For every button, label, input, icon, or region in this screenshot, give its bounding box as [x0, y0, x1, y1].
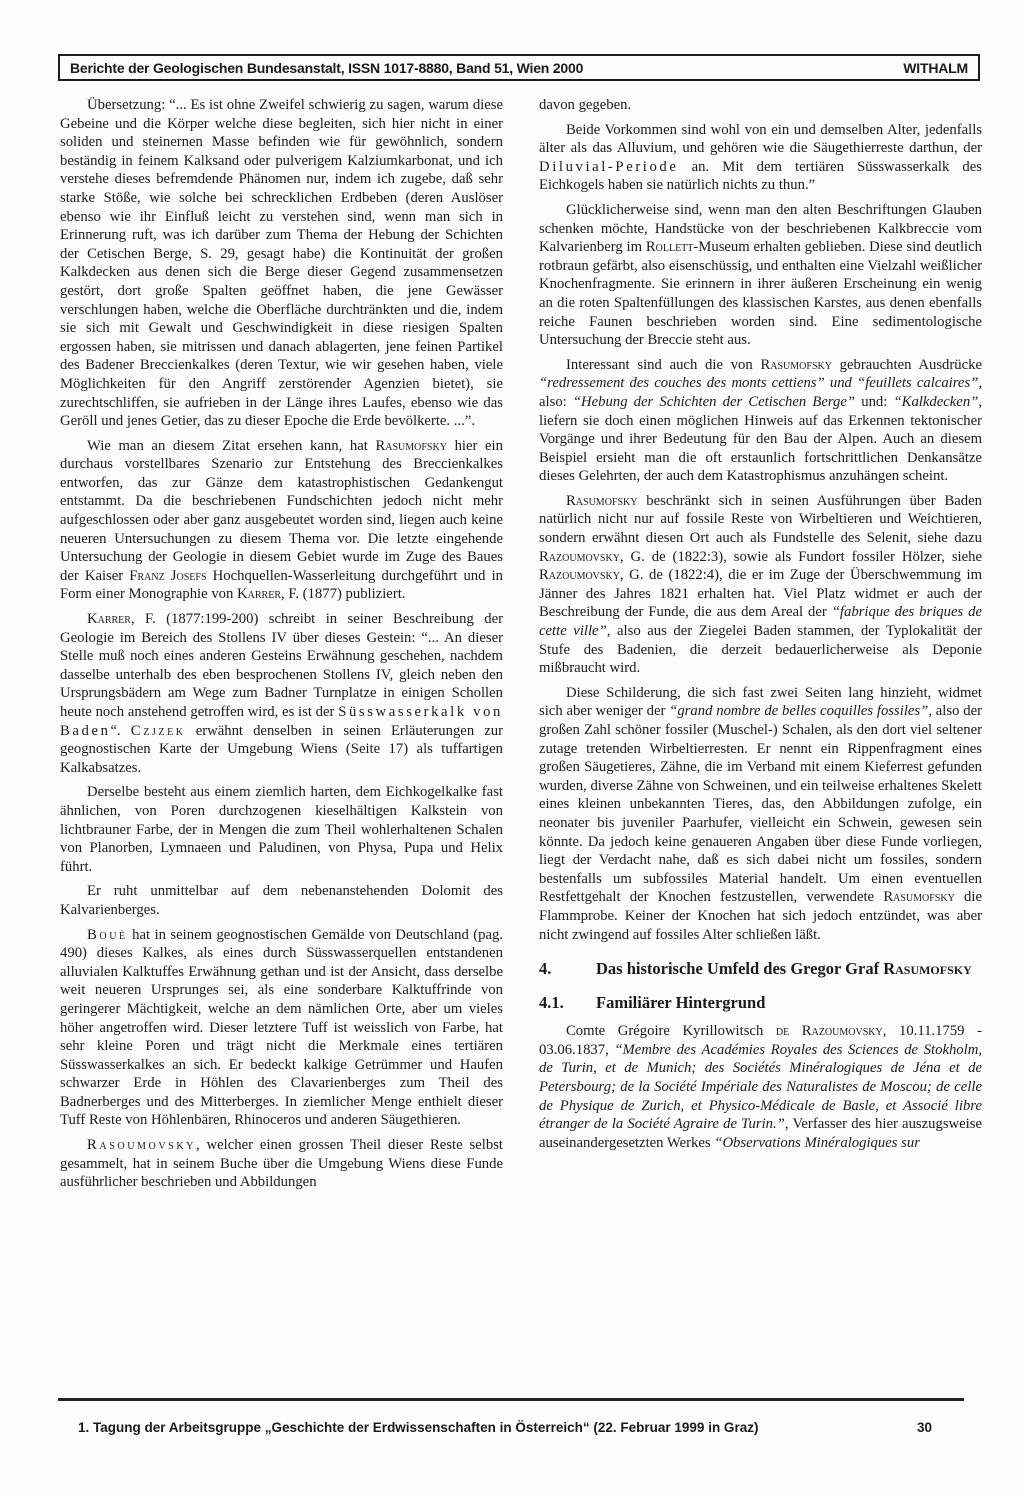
text-run: Interessant sind auch die von — [566, 357, 760, 373]
text-run: hier ein durchaus vorstellbares Szenario… — [60, 438, 503, 584]
footer-divider — [58, 1398, 964, 1401]
text-run: “Hebung der Schichten der Cetischen Berg… — [573, 394, 855, 410]
text-run: Wie man an diesem Zitat ersehen kann, ha… — [87, 438, 375, 454]
text-run: “redressement des couches des monts cett… — [539, 375, 852, 391]
paragraph: Karrer, F. (1877:199-200) schreibt in se… — [60, 610, 503, 777]
text-run: Diluvial-Periode — [539, 159, 679, 175]
text-run: Karrer — [87, 611, 131, 627]
paragraph: Diese Schilderung, die sich fast zwei Se… — [539, 684, 982, 944]
journal-title: Berichte der Geologischen Bundesanstalt,… — [70, 60, 583, 76]
text-run: Rasumofsky — [566, 493, 637, 509]
page-number: 30 — [917, 1420, 932, 1435]
page-footer: 1. Tagung der Arbeitsgruppe „Geschichte … — [60, 1420, 964, 1435]
paragraph: Rasumofsky beschränkt sich in seinen Aus… — [539, 492, 982, 678]
paragraph: Wie man an diesem Zitat ersehen kann, ha… — [60, 437, 503, 604]
text-run: , F. (1877) publiziert. — [281, 586, 405, 602]
text-run: “grand nombre de belles coquilles fossil… — [669, 703, 928, 719]
text-run: “feuillets calcaires” — [857, 375, 978, 391]
article-body: Übersetzung: “... Es ist ohne Zweifel sc… — [60, 96, 982, 1198]
text-run: Czjzek — [131, 723, 186, 739]
paragraph: Interessant sind auch die von Rasumofsky… — [539, 356, 982, 486]
section-number: 4. — [539, 959, 596, 980]
paragraph: Comte Grégoire Kyrillowitsch de Razoumov… — [539, 1022, 982, 1152]
text-run: Familiärer Hintergrund — [596, 993, 765, 1012]
text-run: Das historische Umfeld des Gregor Graf — [596, 959, 883, 978]
text-run: “Kalkdecken” — [893, 394, 978, 410]
page-header: Berichte der Geologischen Bundesanstalt,… — [58, 54, 980, 81]
text-run: Razoumovsky — [539, 567, 620, 583]
text-run: Rasumofsky — [883, 959, 972, 978]
text-run: , also der großen Zahl schöner fossiler … — [539, 703, 982, 905]
text-run: Rasumofsky — [883, 889, 954, 905]
text-run: davon gegeben. — [539, 97, 631, 113]
text-run: Übersetzung: “... Es ist ohne Zweifel sc… — [60, 97, 503, 429]
text-run: Derselbe besteht aus einem ziemlich hart… — [60, 784, 503, 874]
footer-caption: 1. Tagung der Arbeitsgruppe „Geschichte … — [60, 1420, 758, 1435]
text-run: Er ruht unmittelbar auf dem nebenanstehe… — [60, 883, 503, 918]
text-run: und: — [855, 394, 893, 410]
text-run: Karrer — [237, 586, 281, 602]
text-run: Rasoumovsky — [87, 1137, 196, 1153]
paragraph: Glücklicherweise sind, wenn man den alte… — [539, 201, 982, 350]
text-run: Rasumofsky — [375, 438, 446, 454]
text-run: “. — [111, 723, 131, 739]
text-run: Rollett — [646, 239, 694, 255]
text-run: Razoumovsky — [539, 549, 620, 565]
right-column: davon gegeben.Beide Vorkommen sind wohl … — [539, 96, 982, 1198]
paragraph: davon gegeben. — [539, 96, 982, 115]
paragraph: Übersetzung: “... Es ist ohne Zweifel sc… — [60, 96, 503, 431]
section-number: 4.1. — [539, 993, 596, 1014]
section-title: Familiärer Hintergrund — [596, 993, 982, 1014]
section-heading: 4.Das historische Umfeld des Gregor Graf… — [539, 959, 982, 980]
paragraph: Bouè hat in seinem geognostischen Gemäld… — [60, 926, 503, 1131]
header-author: WITHALM — [903, 60, 968, 76]
text-run: , G. de (1822:3), sowie als Fundort foss… — [620, 549, 982, 565]
document-page: Berichte der Geologischen Bundesanstalt,… — [0, 0, 1024, 1494]
section-heading: 4.1.Familiärer Hintergrund — [539, 993, 982, 1014]
text-run: Franz Josefs — [129, 568, 206, 584]
text-run: gebrauchten Ausdrücke — [832, 357, 982, 373]
text-run: Beide Vorkommen sind wohl von ein und de… — [539, 122, 982, 157]
text-run: -Museum erhalten geblieben. Diese sind d… — [539, 239, 982, 348]
paragraph: Beide Vorkommen sind wohl von ein und de… — [539, 121, 982, 195]
paragraph: Derselbe besteht aus einem ziemlich hart… — [60, 783, 503, 876]
paragraph: Rasoumovsky, welcher einen grossen Theil… — [60, 1136, 503, 1192]
text-run: hat in seinem geognostischen Gemälde von… — [60, 927, 503, 1129]
text-run: Comte Grégoire Kyrillowitsch — [566, 1023, 776, 1039]
text-run: “Observations Minéralogiques sur — [714, 1135, 920, 1151]
paragraph: Er ruht unmittelbar auf dem nebenanstehe… — [60, 882, 503, 919]
left-column: Übersetzung: “... Es ist ohne Zweifel sc… — [60, 96, 503, 1198]
text-run: Rasumofsky — [760, 357, 831, 373]
text-run: Bouè — [87, 927, 128, 943]
text-run: de Razoumovsky — [776, 1023, 883, 1039]
section-title: Das historische Umfeld des Gregor Graf R… — [596, 959, 982, 980]
